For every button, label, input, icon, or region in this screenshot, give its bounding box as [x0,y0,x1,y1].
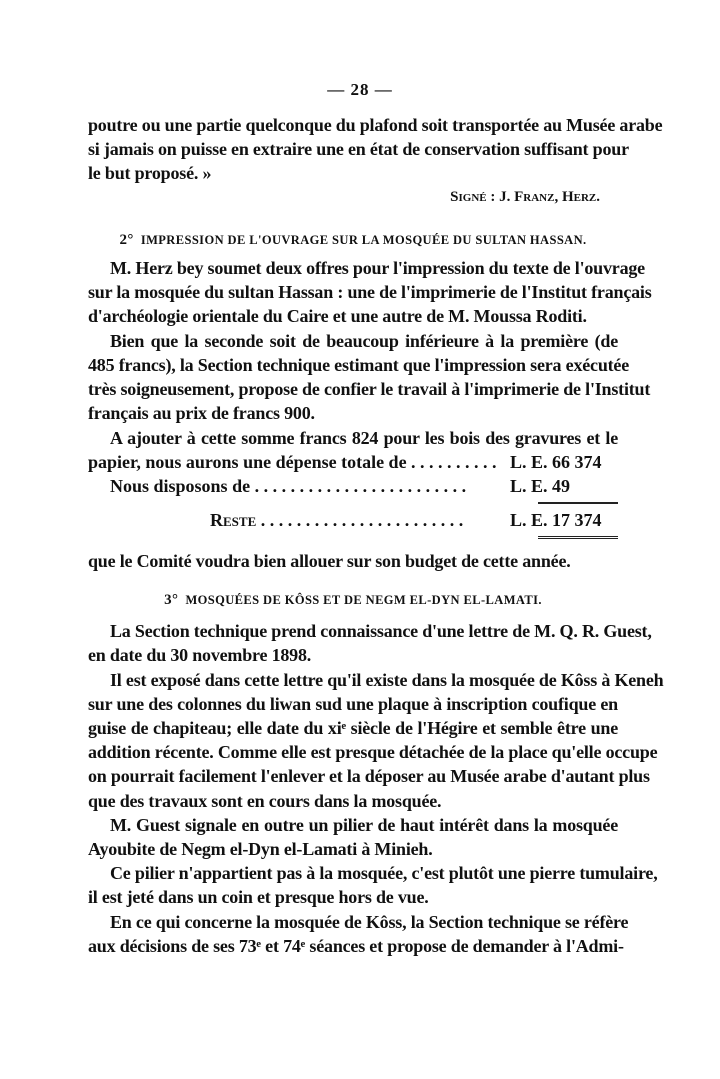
paragraph-line: addition récente. Comme elle est presque… [88,740,618,764]
document-page: — 28 — poutre ou une partie quelconque d… [0,0,720,1079]
account-row-available: Nous disposons de . . . . . . . . . . . … [88,474,618,498]
paragraph-line: il est jeté dans un coin et presque hors… [88,885,618,909]
paragraph-line: aux décisions de ses 73ᵉ et 74ᵉ séances … [88,934,618,958]
section-heading-2: 2° Impression de l'ouvrage sur la mosqué… [88,230,618,250]
paragraph-line: poutre ou une partie quelconque du plafo… [88,113,618,137]
paragraph-line: Ayoubite de Negm el-Dyn el-Lamati à Mini… [88,837,618,861]
paragraph-line: En ce qui concerne la mosquée de Kôss, l… [88,910,618,934]
paragraph-line: Bien que la seconde soit de beaucoup inf… [88,329,618,353]
paragraph-line: si jamais on puisse en extraire une en é… [88,137,618,161]
sum-rule [538,502,618,504]
signature: Signé : J. Franz, Herz. [88,187,600,207]
paragraph-line: 485 francs), la Section technique estima… [88,353,618,377]
paragraph-line: Il est exposé dans cette lettre qu'il ex… [88,668,618,692]
paragraph-line: sur la mosquée du sultan Hassan : une de… [88,280,618,304]
account-label: Reste . . . . . . . . . . . . . . . . . … [210,508,463,532]
paragraph-line: très soigneusement, propose de confier l… [88,377,618,401]
section-title: Mosquées de Kôss et de Negm el-Dyn el-La… [185,593,541,607]
account-label: Nous disposons de . . . . . . . . . . . … [110,474,466,498]
account-row-total: papier, nous aurons une dépense totale d… [88,450,618,474]
paragraph-line: M. Herz bey soumet deux offres pour l'im… [88,256,618,280]
paragraph-line: Ce pilier n'appartient pas à la mosquée,… [88,861,618,885]
section-heading-3: 3° Mosquées de Kôss et de Negm el-Dyn el… [88,590,618,610]
section-number: 2° [119,232,133,248]
paragraph-line: le but proposé. » [88,161,618,185]
paragraph-line: A ajouter à cette somme francs 824 pour … [88,426,618,450]
paragraph-line: d'archéologie orientale du Caire et une … [88,304,618,328]
account-amount: L. E. 66 374 [510,450,602,474]
paragraph-line: français au prix de francs 900. [88,401,618,425]
paragraph-line: guise de chapiteau; elle date du xiᵉ siè… [88,716,618,740]
paragraph-line: sur une des colonnes du liwan sud une pl… [88,692,618,716]
paragraph-line: M. Guest signale en outre un pilier de h… [88,813,618,837]
account-label: papier, nous aurons une dépense totale d… [88,450,497,474]
paragraph-line: on pourrait facilement l'enlever et la d… [88,764,618,788]
paragraph-line: que le Comité voudra bien allouer sur so… [88,549,618,573]
paragraph-line: La Section technique prend connaissance … [88,619,618,643]
paragraph-line: en date du 30 novembre 1898. [88,643,618,667]
section-number: 3° [164,592,178,608]
page-number: — 28 — [0,80,720,100]
account-amount: L. E. 17 374 [510,508,602,532]
paragraph-line: que des travaux sont en cours dans la mo… [88,789,618,813]
account-row-remainder: Reste . . . . . . . . . . . . . . . . . … [88,508,618,532]
account-amount: L. E. 49 [510,474,570,498]
total-double-rule [538,536,618,539]
section-title: Impression de l'ouvrage sur la mosquée d… [141,233,587,247]
